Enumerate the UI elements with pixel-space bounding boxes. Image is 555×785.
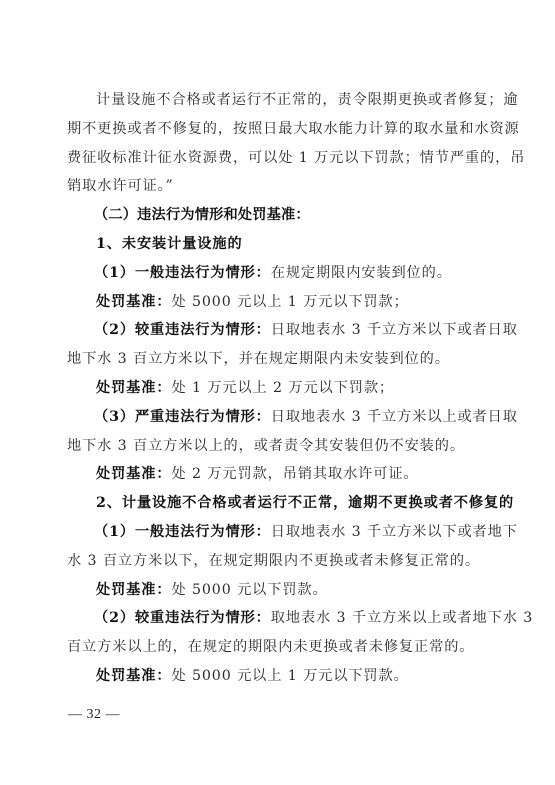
item-title: 2、计量设施不合格或者运行不正常，逾期不更换或者不修复的 [67, 489, 488, 518]
penalty-text: 处 1 万元以上 2 万元以下罚款； [171, 380, 394, 396]
case-line: （2）较重违法行为情形：日取地表水 3 千立方米以下或者日取 [67, 316, 488, 345]
case-label: （2）较重违法行为情形： [94, 322, 271, 338]
case-line: （3）严重违法行为情形：日取地表水 3 千立方米以上或者日取 [67, 403, 488, 432]
case-line: （2）较重违法行为情形：取地表水 3 千立方米以上或者地下水 3 [67, 604, 488, 633]
case-text: 日取地表水 3 千立方米以下或者地下 [271, 524, 518, 540]
document-body: 计量设施不合格或者运行不正常的，责令限期更换或者修复；逾 期不更换或者不修复的，… [67, 86, 488, 691]
penalty-line: 处罚基准：处 1 万元以上 2 万元以下罚款； [67, 374, 488, 403]
penalty-text: 处 5000 元以下罚款。 [171, 582, 327, 598]
case-text-continued: 地下水 3 百立方米以下，并在规定期限内未安装到位的。 [67, 345, 488, 374]
case-text: 日取地表水 3 千立方米以下或者日取 [271, 322, 518, 338]
case-text-continued: 水 3 百立方米以下，在规定期限内不更换或者未修复正常的。 [67, 547, 488, 576]
item-title: 1、未安装计量设施的 [67, 230, 488, 259]
case-label: （1）一般违法行为情形： [94, 265, 271, 281]
penalty-text: 处 5000 元以上 1 万元以下罚款。 [171, 668, 408, 684]
quote-line: 计量设施不合格或者运行不正常的，责令限期更换或者修复；逾 [67, 86, 488, 115]
penalty-line: 处罚基准：处 5000 元以下罚款。 [67, 576, 488, 605]
case-label: （3）严重违法行为情形： [94, 409, 271, 425]
case-line: （1）一般违法行为情形：在规定期限内安装到位的。 [67, 259, 488, 288]
section-heading: （二）违法行为情形和处罚基准： [67, 201, 488, 230]
penalty-label: 处罚基准： [96, 668, 171, 684]
page-number: — 32 — [68, 707, 120, 723]
case-text: 在规定期限内安装到位的。 [271, 265, 452, 281]
penalty-text: 处 2 万元罚款，吊销其取水许可证。 [171, 466, 418, 482]
case-text-continued: 地下水 3 百立方米以上的，或者责令其安装但仍不安装的。 [67, 432, 488, 461]
case-label: （2）较重违法行为情形： [94, 610, 271, 626]
case-text: 取地表水 3 千立方米以上或者地下水 3 [271, 610, 533, 626]
case-text-continued: 百立方米以上的，在规定的期限内未更换或者未修复正常的。 [67, 633, 488, 662]
penalty-label: 处罚基准： [96, 380, 171, 396]
case-label: （1）一般违法行为情形： [94, 524, 271, 540]
quote-line: 销取水许可证。” [67, 172, 488, 201]
penalty-label: 处罚基准： [96, 294, 171, 310]
penalty-label: 处罚基准： [96, 582, 171, 598]
case-line: （1）一般违法行为情形：日取地表水 3 千立方米以下或者地下 [67, 518, 488, 547]
penalty-text: 处 5000 元以上 1 万元以下罚款； [171, 294, 408, 310]
penalty-label: 处罚基准： [96, 466, 171, 482]
case-text: 日取地表水 3 千立方米以上或者日取 [271, 409, 518, 425]
quote-line: 期不更换或者不修复的，按照日最大取水能力计算的取水量和水资源 [67, 115, 488, 144]
document-page: 计量设施不合格或者运行不正常的，责令限期更换或者修复；逾 期不更换或者不修复的，… [0, 0, 555, 785]
penalty-line: 处罚基准：处 2 万元罚款，吊销其取水许可证。 [67, 460, 488, 489]
penalty-line: 处罚基准：处 5000 元以上 1 万元以下罚款； [67, 288, 488, 317]
penalty-line: 处罚基准：处 5000 元以上 1 万元以下罚款。 [67, 662, 488, 691]
quote-line: 费征收标准计征水资源费，可以处 1 万元以下罚款；情节严重的，吊 [67, 144, 488, 173]
